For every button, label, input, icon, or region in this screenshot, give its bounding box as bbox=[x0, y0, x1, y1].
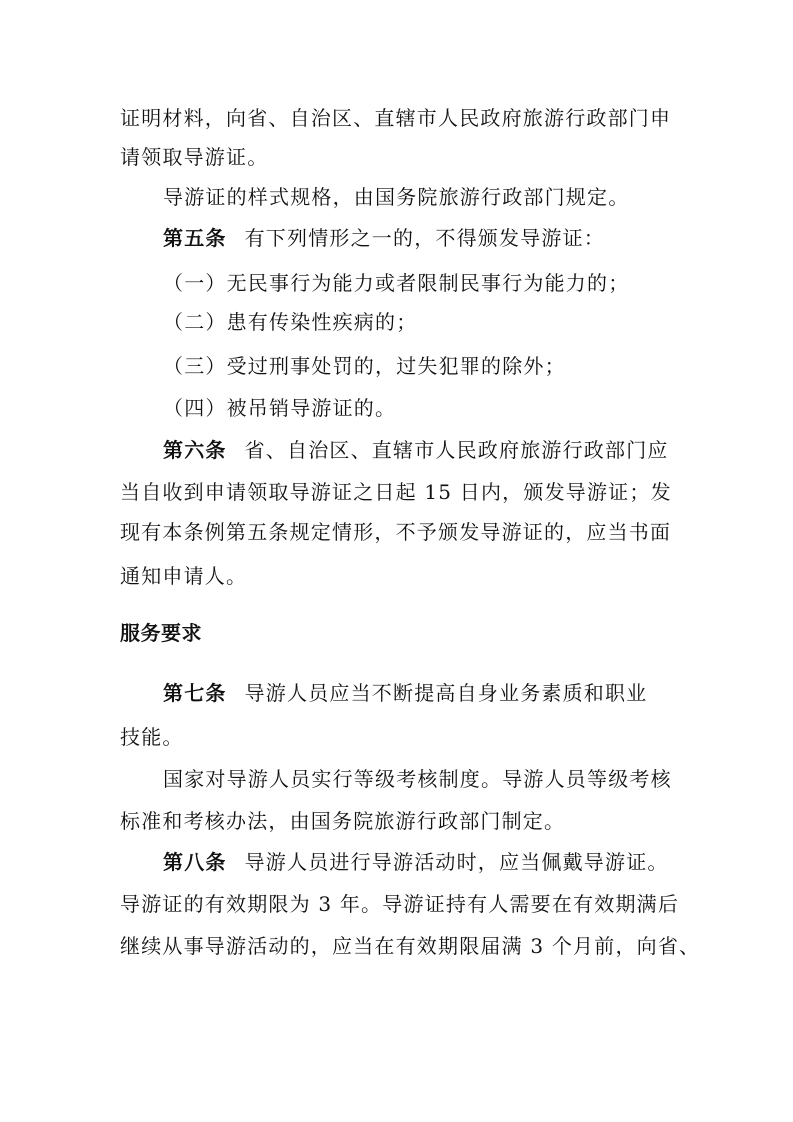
paragraph-line: 继续从事导游活动的，应当在有效期限届满 3 个月前，向省、 bbox=[120, 934, 680, 958]
paragraph-line: 当自收到申请领取导游证之日起 15 日内，颁发导游证；发 bbox=[120, 480, 680, 504]
paragraph-line: 标准和考核办法，由国务院旅游行政部门制定。 bbox=[120, 809, 680, 833]
list-item: （一）无民事行为能力或者限制民事行为能力的； bbox=[163, 271, 723, 295]
article-text: 导游人员应当不断提高自身业务素质和职业 bbox=[245, 681, 648, 705]
article-5-line: 第五条有下列情形之一的，不得颁发导游证： bbox=[163, 226, 723, 250]
article-number: 第八条 bbox=[163, 850, 227, 874]
list-item: （四）被吊销导游证的。 bbox=[163, 396, 723, 420]
paragraph-line: 国家对导游人员实行等级考核制度。导游人员等级考核 bbox=[163, 767, 723, 791]
article-number: 第五条 bbox=[163, 226, 227, 250]
paragraph-line: 导游证的样式规格，由国务院旅游行政部门规定。 bbox=[163, 185, 723, 209]
paragraph-line: 导游证的有效期限为 3 年。导游证持有人需要在有效期满后 bbox=[120, 892, 680, 916]
list-item: （三）受过刑事处罚的，过失犯罪的除外； bbox=[163, 354, 723, 378]
list-item: （二）患有传染性疾病的； bbox=[163, 310, 723, 334]
paragraph-line: 技能。 bbox=[120, 725, 680, 749]
section-heading: 服务要求 bbox=[120, 621, 202, 645]
article-text: 省、自治区、直辖市人民政府旅游行政部门应 bbox=[245, 438, 669, 462]
document-page: 证明材料，向省、自治区、直辖市人民政府旅游行政部门申 请领取导游证。 导游证的样… bbox=[0, 0, 793, 1122]
paragraph-line: 证明材料，向省、自治区、直辖市人民政府旅游行政部门申 bbox=[120, 106, 680, 130]
article-number: 第六条 bbox=[163, 438, 227, 462]
article-text: 有下列情形之一的，不得颁发导游证： bbox=[245, 226, 605, 250]
article-8-line: 第八条导游人员进行导游活动时，应当佩戴导游证。 bbox=[163, 850, 723, 874]
article-7-line: 第七条导游人员应当不断提高自身业务素质和职业 bbox=[163, 681, 723, 705]
article-6-line: 第六条省、自治区、直辖市人民政府旅游行政部门应 bbox=[163, 438, 723, 462]
paragraph-line: 通知申请人。 bbox=[120, 564, 680, 588]
paragraph-line: 现有本条例第五条规定情形，不予颁发导游证的，应当书面 bbox=[120, 520, 680, 544]
article-text: 导游人员进行导游活动时，应当佩戴导游证。 bbox=[245, 850, 669, 874]
paragraph-line: 请领取导游证。 bbox=[120, 145, 680, 169]
article-number: 第七条 bbox=[163, 681, 227, 705]
